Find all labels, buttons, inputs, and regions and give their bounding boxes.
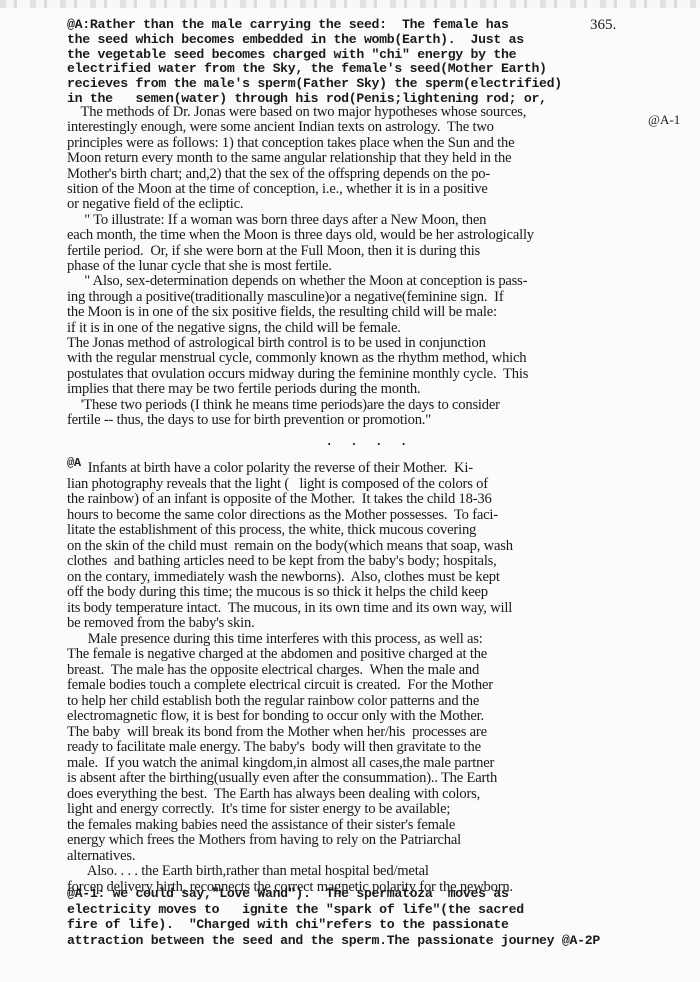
text-line: does everything the best. The Earth has … (67, 786, 480, 803)
text-line: clothes and bathing articles need to be … (67, 553, 497, 570)
text-line: Also. . . . the Earth birth,rather than … (67, 863, 429, 880)
text-line: on the skin of the child must remain on … (67, 538, 513, 555)
section-divider: . . . . (325, 434, 412, 450)
footnote-marker: @A-1 (648, 112, 680, 128)
text-line: on the contary, immediately wash the new… (67, 569, 500, 586)
text-line: fertile -- thus, the days to use for bir… (67, 412, 431, 429)
text-line: off the body during this time; the mucou… (67, 584, 488, 601)
text-line: to help her child establish both the reg… (67, 693, 479, 710)
text-line: The baby will break its bond from the Mo… (67, 724, 487, 741)
text-line: the rainbow) of an infant is opposite of… (67, 491, 492, 508)
text-line: electricity moves to ignite the "spark o… (67, 902, 524, 917)
text-line: electrified water from the Sky, the fema… (67, 61, 547, 76)
text-line: alternatives. (67, 848, 135, 865)
text-line: light and energy correctly. It's time fo… (67, 801, 450, 818)
text-line: male. If you watch the animal kingdom,in… (67, 755, 494, 772)
text-line: @A-1: we could say,"Love Wand"). The spe… (67, 886, 509, 901)
text-line: attraction between the seed and the sper… (67, 933, 600, 948)
text-line: the seed which becomes embedded in the w… (67, 32, 524, 47)
text-line: litate the establishment of this process… (67, 522, 476, 539)
text-line: fire of life). "Charged with chi"refers … (67, 917, 509, 932)
text-line: its body temperature intact. The mucous,… (67, 600, 512, 617)
text-line: lian photography reveals that the light … (67, 476, 488, 493)
text-line: energy which frees the Mothers from havi… (67, 832, 461, 849)
scan-edge-noise (0, 0, 700, 8)
text-line: Infants at birth have a color polarity t… (67, 460, 473, 477)
text-line: electromagnetic flow, it is best for bon… (67, 708, 484, 725)
text-line: hours to become the same color direction… (67, 507, 498, 524)
text-line: ready to facilitate male energy. The bab… (67, 739, 481, 756)
text-line: the females making babies need the assis… (67, 817, 455, 834)
text-line: female bodies touch a complete electrica… (67, 677, 493, 694)
text-line: the vegetable seed becomes charged with … (67, 47, 516, 62)
page-number: 365. (590, 17, 616, 34)
text-line: recieves from the male's sperm(Father Sk… (67, 76, 562, 91)
text-line: be removed from the baby's skin. (67, 615, 255, 632)
text-line: The female is negative charged at the ab… (67, 646, 487, 663)
text-line: breast. The male has the opposite electr… (67, 662, 479, 679)
text-line: @A:Rather than the male carrying the see… (67, 17, 509, 32)
text-line: is absent after the birthing(usually eve… (67, 770, 497, 787)
text-line: Male presence during this time interfere… (67, 631, 483, 648)
